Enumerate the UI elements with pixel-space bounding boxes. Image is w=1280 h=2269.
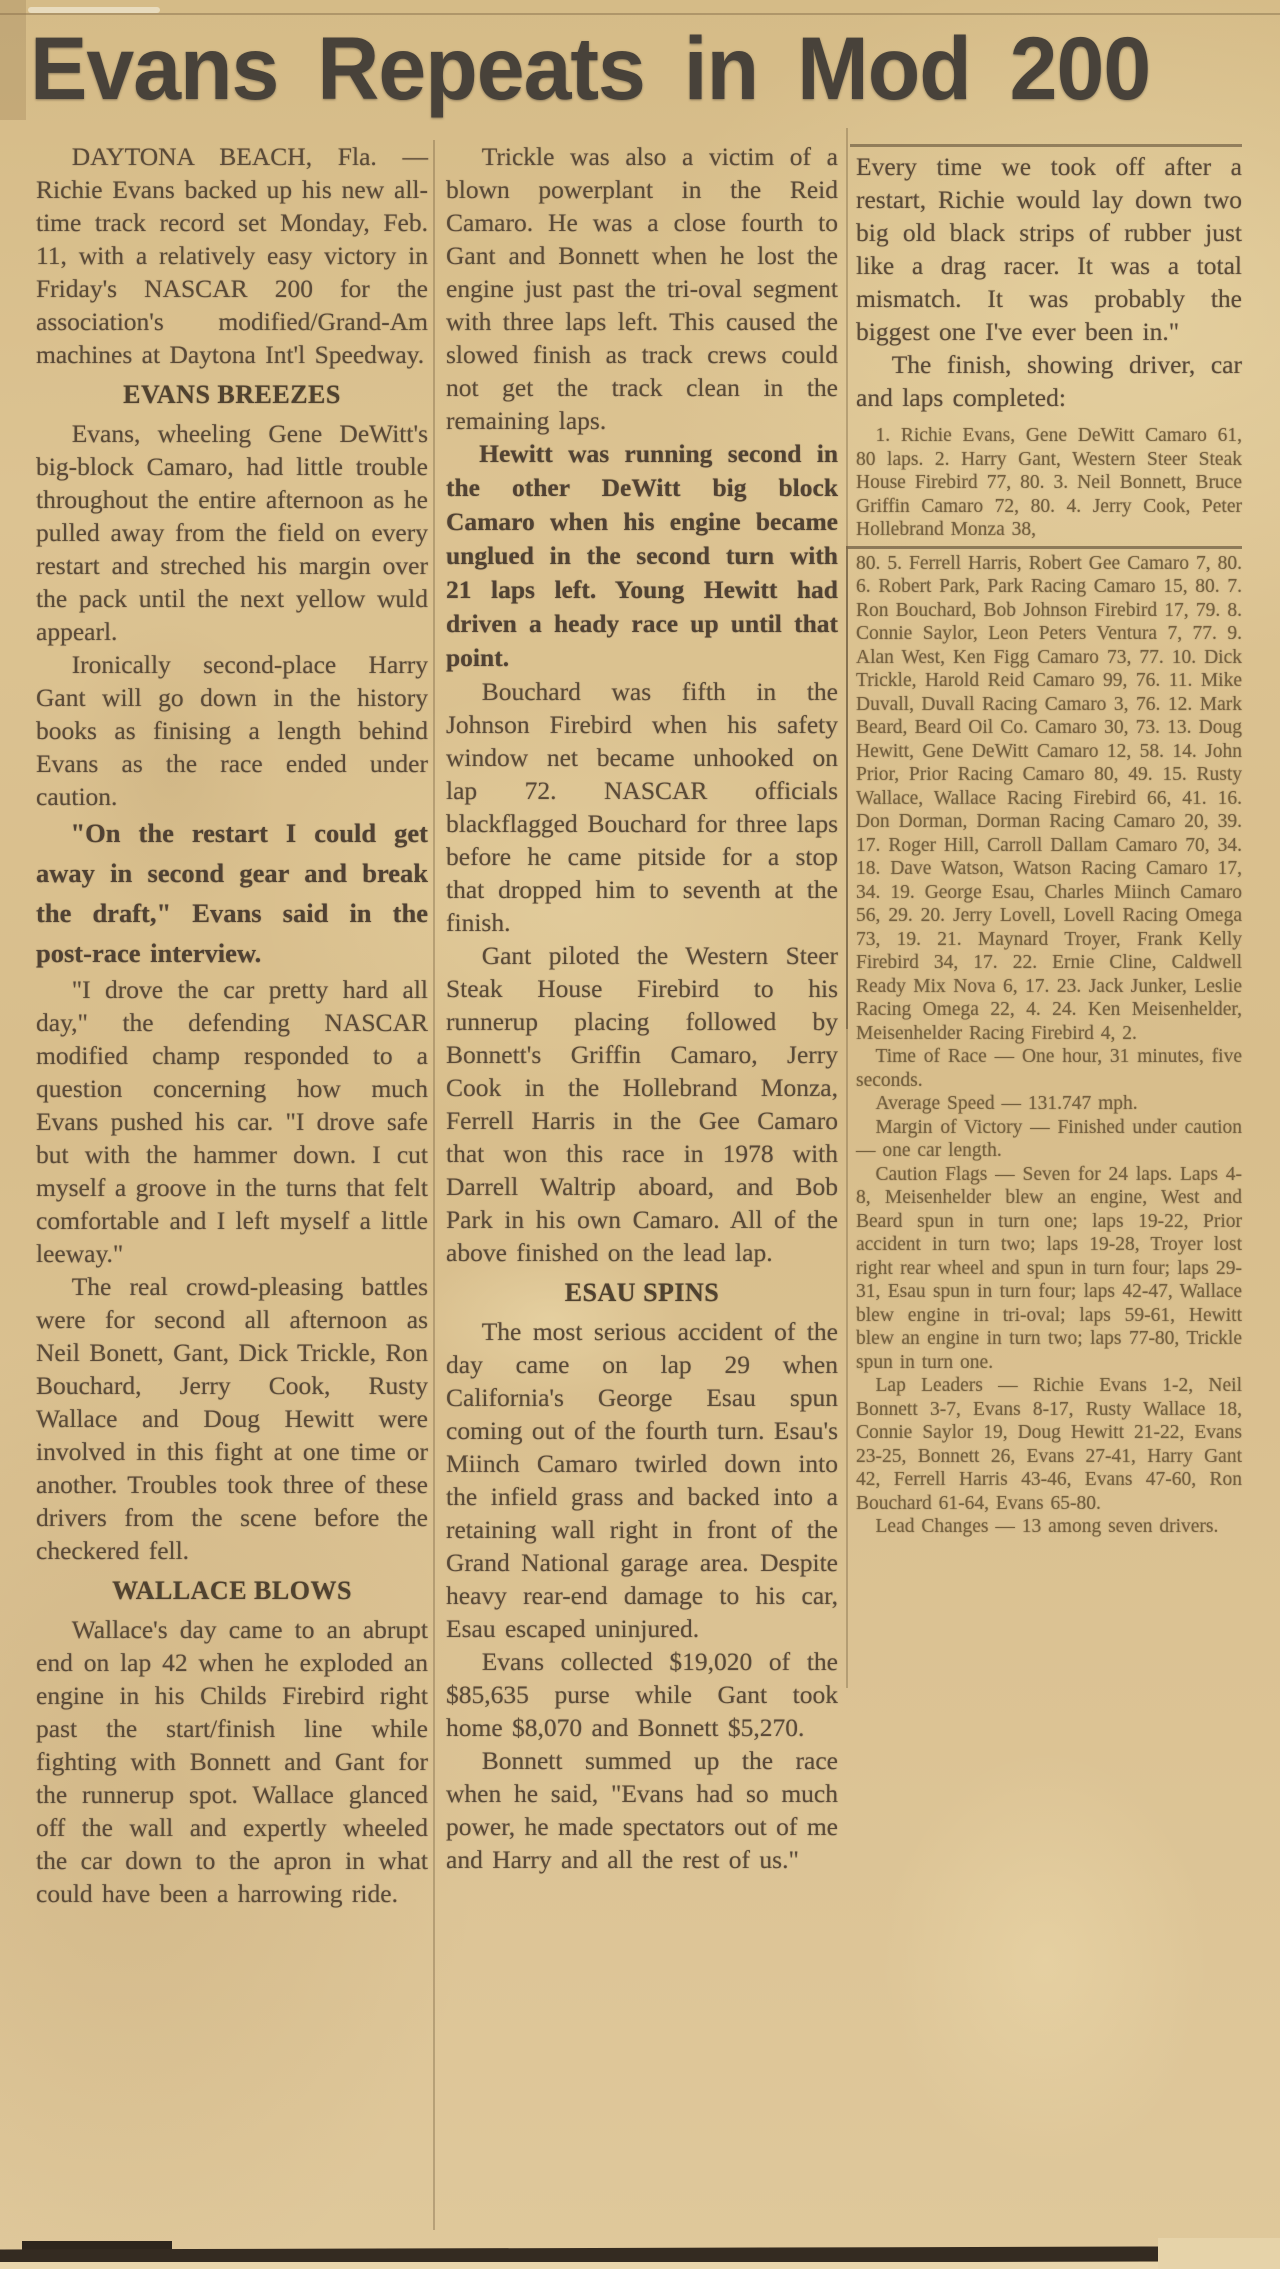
subhead-wallace-blows: WALLACE BLOWS [36,1573,428,1609]
paragraph: Bonnett summed up the race when he said,… [446,1744,838,1876]
subhead-evans-breezes: EVANS BREEZES [36,377,428,413]
stat-lap-leaders: Lap Leaders — Richie Evans 1-2, Neil Bon… [856,1374,1242,1515]
paragraph: Gant piloted the Western Steer Steak Hou… [446,939,838,1269]
newspaper-clipping: Evans Repeats in Mod 200 DAYTONA BEACH, … [0,0,1280,2269]
bottom-right-paper-patch [1158,2238,1280,2269]
paragraph: Wallace's day came to an abrupt end on l… [36,1613,428,1910]
bottom-paper-edge [0,2262,1280,2269]
paper-stain [880,1750,1210,2170]
paragraph: The real crowd-pleasing battles were for… [36,1270,428,1567]
headline: Evans Repeats in Mod 200 [30,24,1248,113]
stat-lead-changes: Lead Changes — 13 among seven drivers. [856,1515,1242,1539]
quote-paragraph-bold: "On the restart I could get away in seco… [36,813,428,973]
paragraph: Trickle was also a victim of a blown pow… [446,140,838,437]
results-lead-in: The finish, showing driver, car and laps… [856,348,1242,414]
stat-time-of-race: Time of Race — One hour, 31 minutes, fiv… [856,1045,1242,1092]
column-right: Every time we took off after a restart, … [856,150,1242,1539]
quote-continuation-paragraph: Every time we took off after a restart, … [856,150,1242,348]
corner-smudge [0,0,26,120]
paragraph: Ironically second-place Harry Gant will … [36,648,428,813]
results-entries-5-24: 80. 5. Ferrell Harris, Robert Gee Camaro… [856,552,1242,1046]
right-column-top-rule [850,144,1242,147]
paragraph: The most serious accident of the day cam… [446,1315,838,1645]
paragraph: Evans, wheeling Gene DeWitt's big-block … [36,417,428,648]
stat-margin-of-victory: Margin of Victory — Finished under cauti… [856,1116,1242,1163]
paragraph: DAYTONA BEACH, Fla. — Richie Evans backe… [36,140,428,371]
results-entries-1-4: 1. Richie Evans, Gene DeWitt Camaro 61, … [856,424,1242,542]
stat-average-speed: Average Speed — 131.747 mph. [856,1092,1242,1116]
column-middle: Trickle was also a victim of a blown pow… [446,140,838,1876]
paper-crease [0,13,1280,15]
paragraph: Evans collected $19,020 of the $85,635 p… [446,1645,838,1744]
race-results-agate: 1. Richie Evans, Gene DeWitt Camaro 61, … [856,424,1242,1539]
column-left: DAYTONA BEACH, Fla. — Richie Evans backe… [36,140,428,1910]
paragraph-bold: Hewitt was running second in the other D… [446,437,838,675]
stat-caution-flags: Caution Flags — Seven for 24 laps. Laps … [856,1163,1242,1375]
results-box: 80. 5. Ferrell Harris, Robert Gee Camaro… [846,546,1242,1046]
paragraph: "I drove the car pretty hard all day," t… [36,973,428,1270]
paragraph: Bouchard was fifth in the Johnson Firebi… [446,675,838,939]
subhead-esau-spins: ESAU SPINS [446,1275,838,1311]
column-divider [433,140,435,2230]
